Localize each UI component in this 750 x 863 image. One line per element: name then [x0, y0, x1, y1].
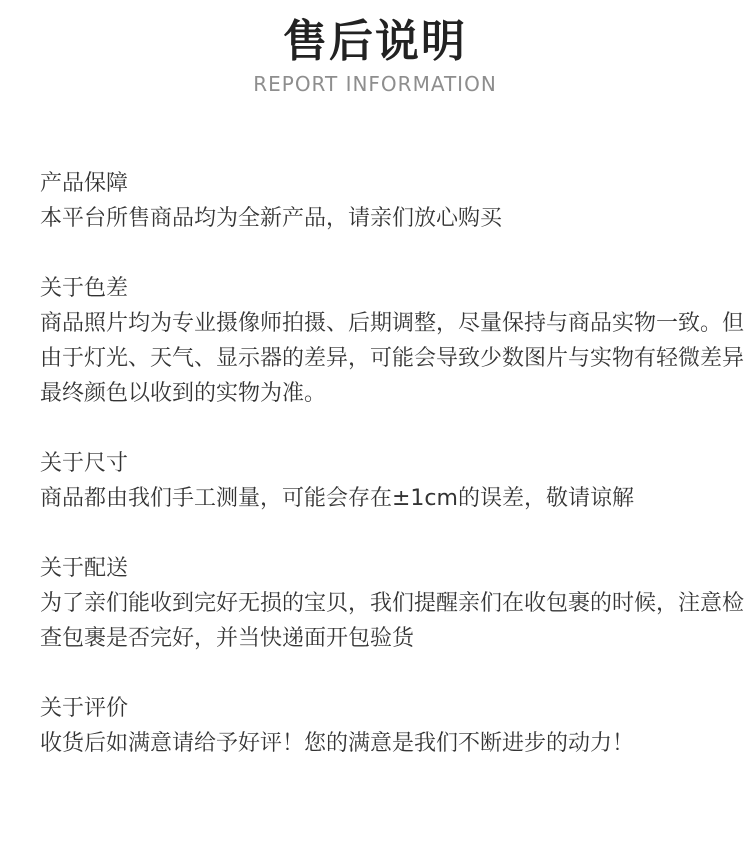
page-title: 售后说明 [0, 16, 750, 68]
section-color-difference: 关于色差 商品照片均为专业摄像师拍摄、后期调整，尽量保持与商品实物一致。但 由于… [40, 271, 712, 411]
section-product-guarantee: 产品保障 本平台所售商品均为全新产品，请亲们放心购买 [40, 166, 712, 236]
section-heading: 关于色差 [40, 271, 712, 306]
section-heading: 关于评价 [40, 691, 712, 726]
section-line: 商品都由我们手工测量，可能会存在±1cm的误差，敬请谅解 [40, 481, 712, 516]
page-subtitle: REPORT INFORMATION [0, 72, 750, 96]
section-line: 查包裹是否完好，并当快递面开包验货 [40, 621, 712, 656]
section-line: 商品照片均为专业摄像师拍摄、后期调整，尽量保持与商品实物一致。但 [40, 306, 712, 341]
page-header: 售后说明 REPORT INFORMATION [0, 0, 750, 96]
section-line: 本平台所售商品均为全新产品，请亲们放心购买 [40, 201, 712, 236]
section-line: 最终颜色以收到的实物为准。 [40, 376, 712, 411]
section-line: 收货后如满意请给予好评！您的满意是我们不断进步的动力！ [40, 726, 712, 761]
section-size: 关于尺寸 商品都由我们手工测量，可能会存在±1cm的误差，敬请谅解 [40, 446, 712, 516]
page-content: 产品保障 本平台所售商品均为全新产品，请亲们放心购买 关于色差 商品照片均为专业… [0, 166, 750, 761]
section-line: 为了亲们能收到完好无损的宝贝，我们提醒亲们在收包裹的时候，注意检 [40, 586, 712, 621]
section-heading: 关于配送 [40, 551, 712, 586]
after-sales-page: 售后说明 REPORT INFORMATION 产品保障 本平台所售商品均为全新… [0, 0, 750, 863]
section-review: 关于评价 收货后如满意请给予好评！您的满意是我们不断进步的动力！ [40, 691, 712, 761]
section-heading: 关于尺寸 [40, 446, 712, 481]
section-line: 由于灯光、天气、显示器的差异，可能会导致少数图片与实物有轻微差异 [40, 341, 712, 376]
section-delivery: 关于配送 为了亲们能收到完好无损的宝贝，我们提醒亲们在收包裹的时候，注意检 查包… [40, 551, 712, 656]
section-heading: 产品保障 [40, 166, 712, 201]
